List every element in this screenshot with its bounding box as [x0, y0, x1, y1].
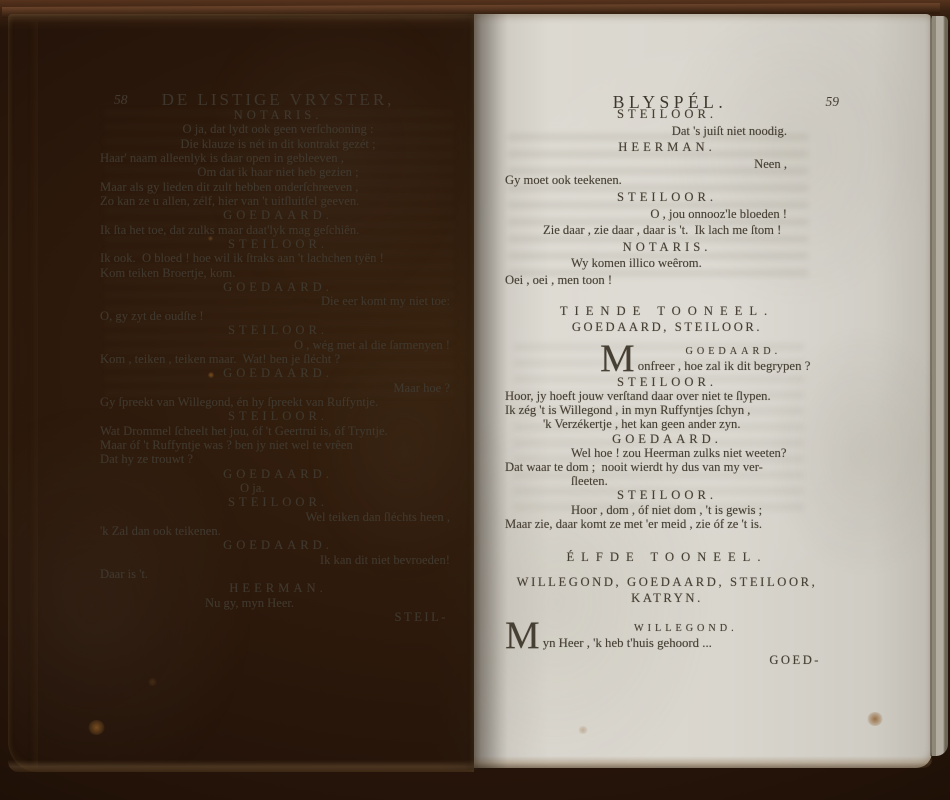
verse-line: Maar óf 't Ruffyntje was ? ben jy niet w…	[100, 438, 456, 452]
verse-line: Hoor , dom , óf niet dom , 't is gewis ;	[505, 503, 829, 517]
verse-line: Oei , oei , men toon !	[505, 272, 829, 289]
verse-line: Daar is 't.	[100, 567, 456, 581]
open-book: 58 DE LISTIGE VRYSTER, BLYSPÉL. 59 NOTAR…	[0, 0, 950, 800]
line-gap	[505, 607, 829, 621]
verse-line: Hoor, jy hoeft jouw verſtand daar over n…	[505, 389, 829, 403]
verse-line: Maar hoe ?	[100, 381, 456, 395]
verse-line: Dat waar te dom ; nooit wierdt hy dus va…	[505, 460, 829, 474]
book-gutter-shadow	[436, 14, 520, 770]
speaker-name: GOEDAARD.	[100, 366, 456, 380]
verse-line: Kom teiken Broertje, kom.	[100, 266, 456, 280]
scene-heading: TIENDE TOONEEL.	[505, 303, 829, 320]
verse-line: yn Heer , 'k heb t'huis gehoord ...	[505, 636, 829, 652]
dropcap-group: MWILLEGOND.yn Heer , 'k heb t'huis gehoo…	[505, 621, 829, 652]
speaker-name: GOEDAARD.	[100, 538, 456, 552]
verse-line: Neen ,	[505, 156, 829, 173]
page-edge-right	[930, 16, 948, 756]
verse-line: 'k Zal dan ook teikenen.	[100, 524, 456, 538]
verse-line: Wel teiken dan ſléchts heen ,	[100, 510, 456, 524]
verse-line: O , wég met al die ſarmenyen !	[100, 338, 456, 352]
verse-line: Om dat ik haar niet heb gezien ;	[100, 165, 456, 179]
verse-line: Nu gy, myn Heer.	[100, 596, 456, 610]
speaker-name: GOEDAARD.	[100, 280, 456, 294]
verse-line: Ik zég 't is Willegond , in myn Ruffyntj…	[505, 403, 829, 417]
speaker-name: HEERMAN.	[505, 139, 829, 156]
line-gap	[505, 289, 829, 303]
speaker-name: STEILOOR.	[505, 375, 829, 389]
scene-cast: KATRYN.	[505, 590, 829, 607]
left-page-header: 58 DE LISTIGE VRYSTER,	[100, 90, 456, 110]
verse-line: Maar als gy lieden dit zult hebben onder…	[100, 180, 456, 194]
speaker-name: GOEDAARD.	[100, 467, 456, 481]
speaker-name: WILLEGOND.	[505, 621, 829, 637]
speaker-name: NOTARIS.	[505, 239, 829, 256]
verse-line: Ik ook. O bloed ! hoe wil ik ſtraks aan …	[100, 251, 456, 265]
speaker-name: STEILOOR.	[100, 323, 456, 337]
speaker-name: STEILOOR.	[100, 409, 456, 423]
verse-line: O ja, dat lydt ook geen verſchooning :	[100, 122, 456, 136]
speaker-name: STEILOOR.	[505, 488, 829, 502]
scene-cast: GOEDAARD, STEILOOR.	[505, 319, 829, 336]
page-edge-stack	[8, 20, 38, 770]
speaker-name: GOEDAARD.	[505, 432, 829, 446]
catchword: GOED-	[505, 652, 829, 669]
line-gap	[505, 566, 829, 574]
verse-line: Zie daar , zie daar , daar is 't. Ik lac…	[505, 222, 829, 239]
speaker-name: HEERMAN.	[100, 581, 456, 595]
verse-line: Gy ſpreekt van Willegond, én hy ſpreekt …	[100, 395, 456, 409]
verse-line: Wel hoe ! zou Heerman zulks niet weeten?	[505, 446, 829, 460]
verse-line: O ja.	[100, 481, 456, 495]
verse-line: Dat hy ze trouwt ?	[100, 452, 456, 466]
verse-line: Gy moet ook teekenen.	[505, 172, 829, 189]
verse-line: ſleeten.	[505, 474, 829, 488]
speaker-name: STEILOOR.	[505, 189, 829, 206]
speaker-name: STEILOOR.	[100, 237, 456, 251]
verse-line: O , jou onnooz'le bloeden !	[505, 206, 829, 223]
verse-line: Ik kan dit niet bevroeden!	[100, 553, 456, 567]
speaker-name: GOEDAARD.	[100, 208, 456, 222]
verse-line: Wy komen illico weêrom.	[505, 255, 829, 272]
verse-line: Dat 's juiſt niet noodig.	[505, 123, 829, 140]
drop-capital: M	[600, 344, 638, 374]
verse-line: Zo kan ze u allen, zélf, hier van 't uit…	[100, 194, 456, 208]
photo-backdrop: 58 DE LISTIGE VRYSTER, BLYSPÉL. 59 NOTAR…	[0, 0, 950, 800]
verse-line: Ik ſta het toe, dat zulks maar daat'lyk …	[100, 223, 456, 237]
scene-heading: ÉLFDE TOONEEL.	[505, 549, 829, 566]
verse-line: Die klauze is nét in dit kontrakt gezét …	[100, 137, 456, 151]
speaker-name: STEILOOR.	[505, 106, 829, 123]
verse-line: Maar zie, daar komt ze met 'er meid , zi…	[505, 517, 829, 531]
verse-line: Haar' naam alleenlyk is daar open in geb…	[100, 151, 456, 165]
speaker-name: STEILOOR.	[100, 495, 456, 509]
page-number: 58	[114, 92, 128, 108]
dropcap-group: MGOEDAARD.onfreer , hoe zal ik dit begry…	[505, 344, 829, 375]
foxing-spot	[867, 712, 883, 726]
verse-line: Wat Drommel ſcheelt het jou, óf 't Geert…	[100, 424, 456, 438]
left-page-text: NOTARIS.O ja, dat lydt ook geen verſchoo…	[100, 108, 456, 624]
verse-line: O, gy zyt de oudſte !	[100, 309, 456, 323]
foxing-spot	[88, 720, 105, 735]
foxing-spot	[148, 678, 157, 686]
speaker-name: NOTARIS.	[100, 108, 456, 122]
catchword: STEIL-	[100, 610, 456, 624]
line-gap	[505, 531, 829, 549]
verse-line: 'k Verzékertje , het kan geen ander zyn.	[505, 417, 829, 431]
verse-line: Kom , teiken , teiken maar. Wat! ben je …	[100, 352, 456, 366]
running-title: DE LISTIGE VRYSTER,	[162, 90, 395, 109]
scene-cast: WILLEGOND, GOEDAARD, STEILOOR,	[505, 574, 829, 591]
foxing-spot	[578, 726, 588, 734]
verse-line: Die eer komt my niet toe:	[100, 294, 456, 308]
right-page-text: STEILOOR.Dat 's juiſt niet noodig.HEERMA…	[505, 106, 829, 668]
line-gap	[505, 336, 829, 344]
